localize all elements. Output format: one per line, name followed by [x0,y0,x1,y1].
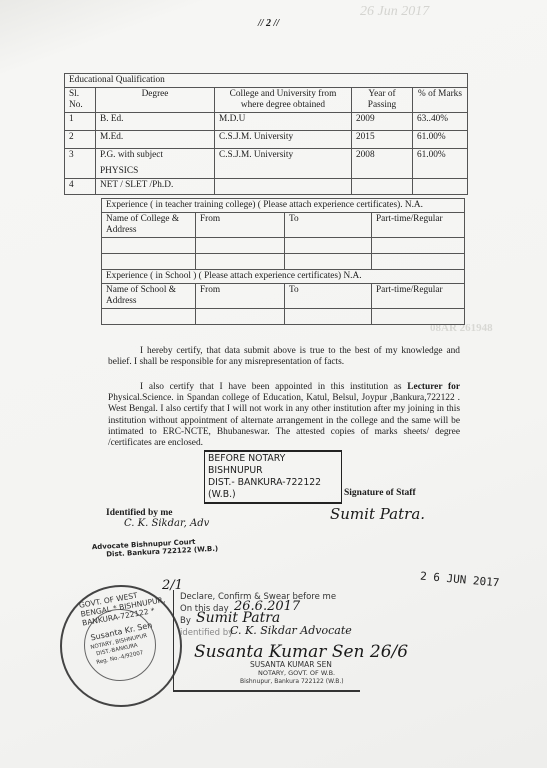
header-school-name: Name of School & Address [102,284,196,309]
notary-bishnupur-stamp: BEFORE NOTARY BISHNUPUR DIST.- BANKURA-7… [204,450,342,504]
notary-seal: GOVT. OF WEST BENGAL * BISHNUPUR, BANKUR… [60,585,182,707]
cell-year: 2015 [352,131,413,149]
cert-text-cont: Physical.Science. in Spandan college of … [108,393,460,448]
cell-degree: P.G. with subjectPHYSICS [96,149,215,179]
document-page: 26 Jun 2017 08AR 261948 // 2 // Educatio… [0,0,547,768]
designation: Lecturer for [407,382,460,392]
experience-college-title: Experience ( in teacher training college… [102,199,465,213]
cell-sl: 2 [65,131,96,149]
cell-degree: B. Ed. [96,113,215,131]
header-marks: % of Marks [413,88,468,113]
table-row: 4 NET / SLET /Ph.D. [65,179,468,195]
identifier-signature: C. K. Sikdar, Adv [124,518,209,529]
header-from: From [196,213,285,238]
cell-sl: 1 [65,113,96,131]
notary-name: SUSANTA KUMAR SEN [250,660,332,669]
cell-year [352,179,413,195]
cell-degree: NET / SLET /Ph.D. [96,179,215,195]
cell-sl: 3 [65,149,96,179]
degree-line: P.G. with subject [100,150,210,161]
cell-college [215,179,352,195]
identified-label: Identified by me [106,508,173,518]
cell-year: 2008 [352,149,413,179]
stamp-line-1: BEFORE NOTARY BISHNUPUR [208,453,338,477]
degree-subject: PHYSICS [100,166,210,177]
cell-marks: 63..40% [413,113,468,131]
notary-title: NOTARY, GOVT. OF W.B. [258,669,335,677]
header-to: To [285,213,372,238]
by-label: By [180,616,191,626]
header-from: From [196,284,285,309]
identified-by-value: C. K. Sikdar Advocate [230,624,352,637]
education-table: Educational Qualification Sl. No. Degree… [64,73,468,195]
header-sl: Sl. No. [65,88,96,113]
header-type: Part-time/Regular [372,284,465,309]
notary-declaration-stamp: Declare, Confirm & Swear before me On th… [173,590,360,692]
stamp-line-2: DIST.- BANKURA-722122 (W.B.) [208,477,338,501]
table-row [102,309,465,325]
cell-year: 2009 [352,113,413,131]
identified-by-label: identified by [180,628,233,638]
cert-text: I also certify that I have been appointe… [140,382,407,392]
table-row [102,238,465,254]
header-college-name: Name of College & Address [102,213,196,238]
header-degree: Degree [96,88,215,113]
table-row: 1 B. Ed. M.D.U 2009 63..40% [65,113,468,131]
education-title: Educational Qualification [65,74,468,88]
cell-marks [413,179,468,195]
experience-school-title: Experience ( in School ) ( Please attach… [102,270,465,284]
notary-signature: Susanta Kumar Sen 26/6 [194,642,408,662]
bleed-through-date: 26 Jun 2017 [360,4,429,20]
cell-sl: 4 [65,179,96,195]
notary-address: Bishnupur, Bankura 722122 (W.B.) [240,678,344,685]
cell-degree: M.Ed. [96,131,215,149]
certification-paragraph-2: I also certify that I have been appointe… [108,382,460,449]
cell-marks: 61.00% [413,149,468,179]
date-stamp: 2 6 JUN 2017 [420,570,500,590]
experience-table: Experience ( in teacher training college… [101,198,465,325]
header-college: College and University from where degree… [215,88,352,113]
table-row: 3 P.G. with subjectPHYSICS C.S.J.M. Univ… [65,149,468,179]
advocate-stamp: Advocate Bishnupur Court Dist. Bankura 7… [92,537,219,560]
table-row: 2 M.Ed. C.S.J.M. University 2015 61.00% [65,131,468,149]
header-to: To [285,284,372,309]
header-year: Year of Passing [352,88,413,113]
cell-college: C.S.J.M. University [215,149,352,179]
cell-college: M.D.U [215,113,352,131]
page-number: // 2 // [258,18,279,29]
cell-college: C.S.J.M. University [215,131,352,149]
table-row [102,254,465,270]
cell-marks: 61.00% [413,131,468,149]
header-type: Part-time/Regular [372,213,465,238]
certification-paragraph-1: I hereby certify, that data submit above… [108,346,460,368]
staff-signature: Sumit Patra. [330,505,425,523]
signature-label: Signature of Staff [344,488,416,498]
